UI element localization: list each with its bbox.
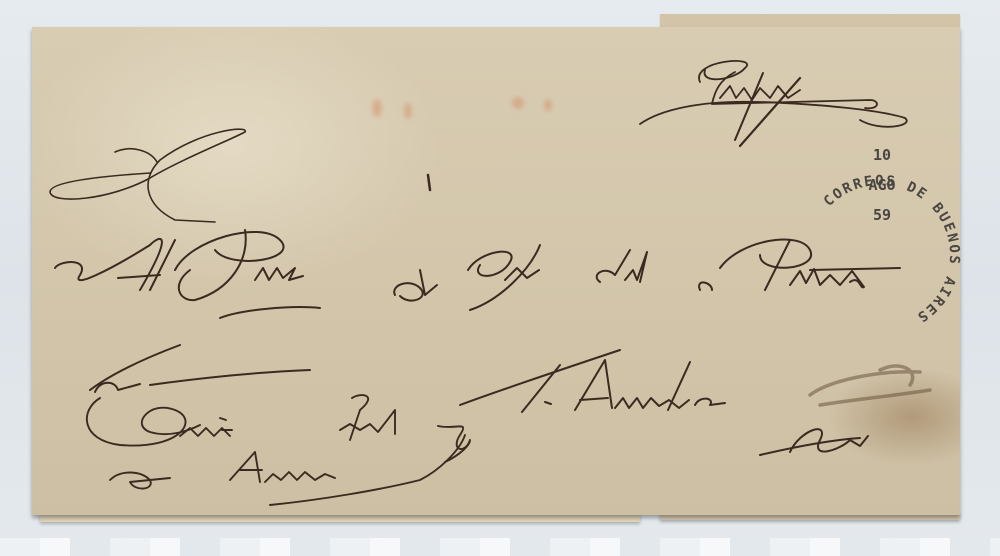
address-line-4 <box>87 395 470 505</box>
estafeta-annotation <box>640 61 907 146</box>
handwriting-layer: CORREOS DE BUENOS AIRES 10 AGO 59 <box>0 0 1000 556</box>
address-line-3 <box>460 350 868 455</box>
postmark-ring-text: CORREOS DE BUENOS AIRES <box>821 173 962 326</box>
postmark-day: 10 <box>873 146 891 164</box>
sleeve-edge <box>0 538 1000 556</box>
address-line-2 <box>90 345 310 392</box>
address-line-1 <box>55 230 900 318</box>
postmark-year: 59 <box>873 206 891 224</box>
postmark-month: AGO <box>868 176 895 194</box>
ink-mark <box>428 175 430 190</box>
postmark-buenos-aires: CORREOS DE BUENOS AIRES 10 AGO 59 <box>821 146 962 326</box>
smudged-word <box>810 366 930 405</box>
svg-text:CORREOS DE BUENOS AIRES: CORREOS DE BUENOS AIRES <box>821 173 962 326</box>
salutation-flourish <box>50 129 245 222</box>
